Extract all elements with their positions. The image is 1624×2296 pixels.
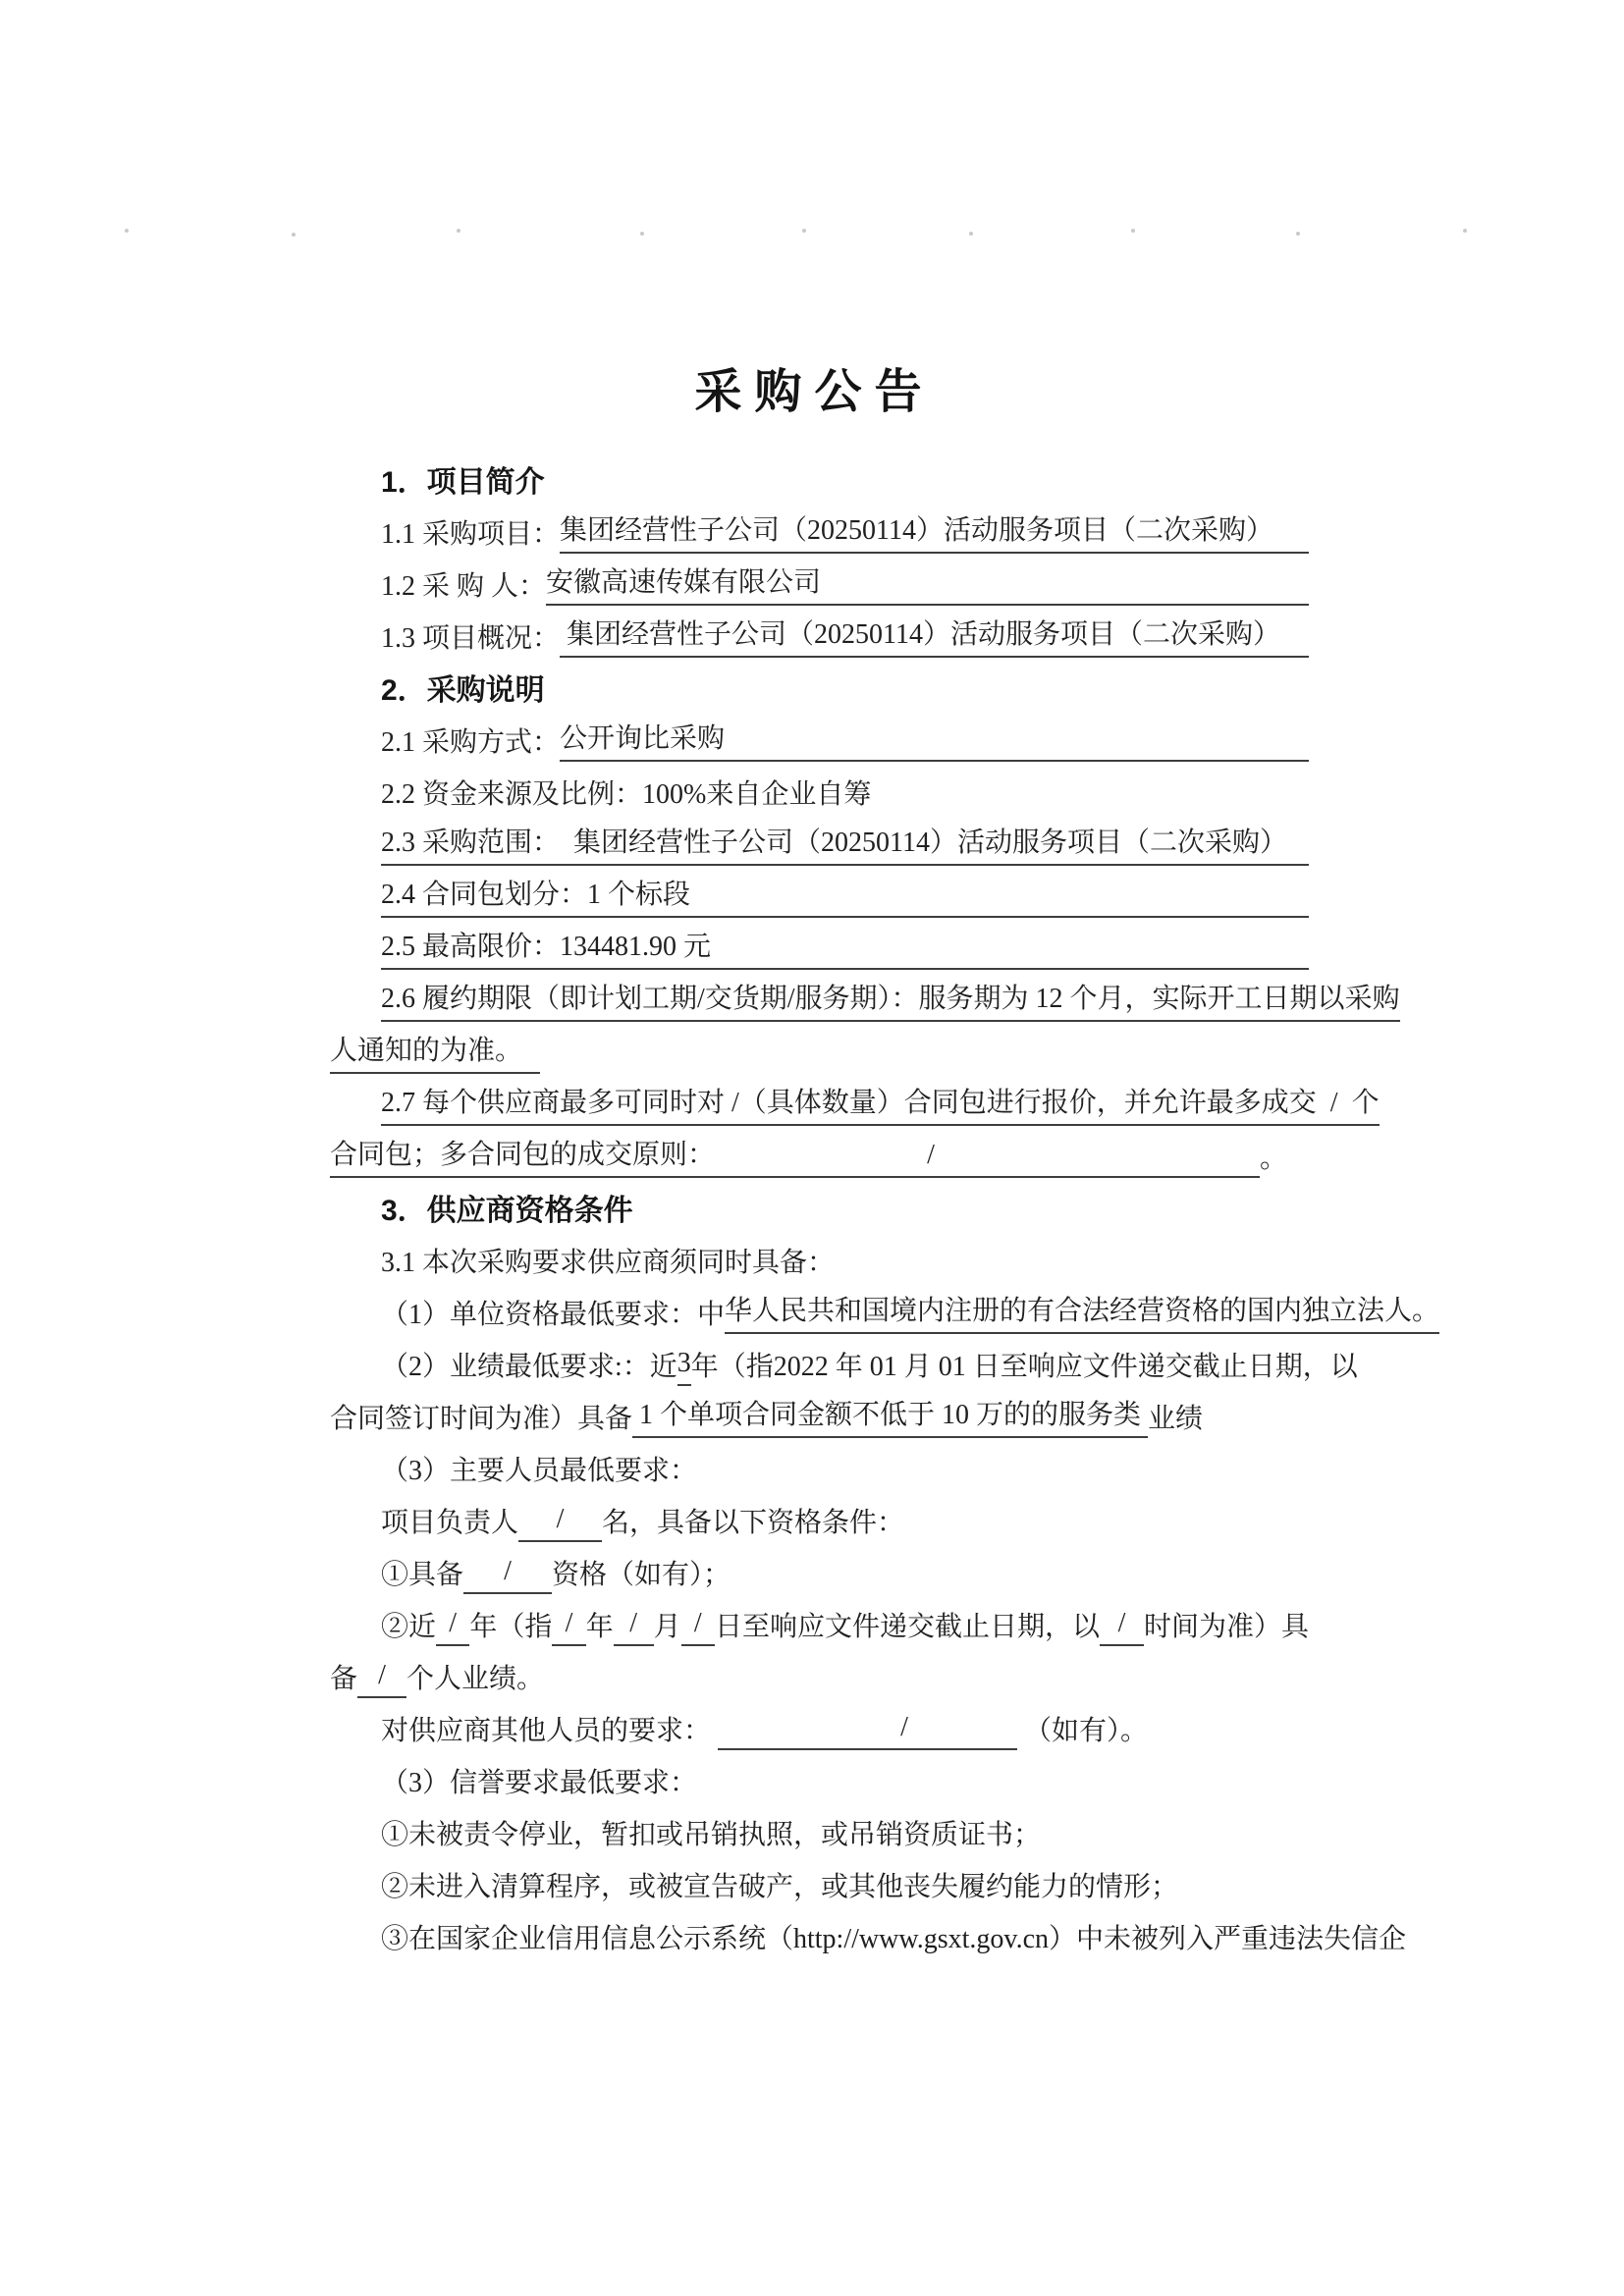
paragraph-line: ②未进入清算程序，或被宣告破产，或其他丧失履约能力的情形； <box>330 1854 1309 1906</box>
paragraph-line: 人通知的为准。 <box>330 1022 1309 1074</box>
text-segment: ③在国家企业信用信息公示系统（http://www.gsxt.gov.cn）中未… <box>381 1921 1406 1958</box>
scan-speck <box>457 229 460 233</box>
text-segment: （如有）。 <box>1017 1713 1148 1750</box>
paragraph-line: 对供应商其他人员的要求： / （如有）。 <box>330 1698 1309 1750</box>
paragraph-line: 2.3 采购范围： 集团经营性子公司（20250114）活动服务项目（二次采购） <box>330 814 1309 866</box>
paragraph-line: （1）单位资格最低要求：中华人民共和国境内注册的有合法经营资格的国内独立法人。 <box>330 1282 1309 1334</box>
text-segment: 。 <box>1260 1141 1287 1178</box>
underlined-text: 2.3 采购范围： 集团经营性子公司（20250114）活动服务项目（二次采购） <box>381 825 1287 866</box>
underlined-text: 合同包；多合同包的成交原则： <box>330 1137 715 1178</box>
text-segment: 业绩 <box>1148 1401 1203 1438</box>
text-segment: 合同签订时间为准）具备 <box>330 1401 632 1438</box>
underline-fill <box>725 758 1309 762</box>
text-segment: ②未进入清算程序，或被宣告破产，或其他丧失履约能力的情形； <box>381 1869 1178 1906</box>
paragraph-line: ③在国家企业信用信息公示系统（http://www.gsxt.gov.cn）中未… <box>330 1906 1309 1958</box>
underlined-text: 集团经营性子公司（20250114）活动服务项目（二次采购） <box>560 616 1280 658</box>
paragraph-line: ①具备/资格（如有）； <box>330 1542 1309 1594</box>
underlined-text: 2.6 履约期限（即计划工期/交货期/服务期）：服务期为 12 个月，实际开工日… <box>381 981 1400 1022</box>
paragraph-line: 2.7 每个供应商最多可同时对 /（具体数量）合同包进行报价，并允许最多成交 /… <box>330 1074 1309 1126</box>
paragraph-line: 合同包；多合同包的成交原则：/。 <box>330 1126 1309 1178</box>
text-segment: 月 <box>654 1609 681 1646</box>
underline-fill <box>1287 862 1309 866</box>
document-body: 采购公告 1．项目简介1.1 采购项目：集团经营性子公司（20250114）活动… <box>330 365 1309 1958</box>
paragraph-line: 2.5 最高限价：134481.90 元 <box>330 918 1309 970</box>
underlined-text: / <box>911 1137 950 1178</box>
underlined-text: / <box>614 1605 654 1646</box>
underlined-text: 1 个单项合同金额不低于 10 万的的服务类 <box>632 1397 1148 1438</box>
text-segment: （2）业绩最低要求:：近 <box>381 1349 677 1386</box>
text-segment: 3．供应商资格条件 <box>381 1193 633 1230</box>
underline-fill <box>690 914 1309 918</box>
underlined-text: 华人民共和国境内注册的有合法经营资格的国内独立法人。 <box>725 1293 1439 1334</box>
text-segment: 2．采购说明 <box>381 672 545 710</box>
text-segment: 2.2 资金来源及比例：100%来自企业自筹 <box>381 776 871 814</box>
scan-speck <box>292 233 296 237</box>
text-segment: ①未被责令停业，暂扣或吊销执照，或吊销资质证书； <box>381 1817 1041 1854</box>
text-segment: 名，具备以下资格条件： <box>602 1505 904 1542</box>
scan-speck <box>969 232 973 236</box>
paragraph-line: ②近/年（指/年/月/日至响应文件递交截止日期，以/时间为准）具 <box>330 1594 1309 1646</box>
paragraph-line: （3）信誉要求最低要求： <box>330 1750 1309 1802</box>
underlined-text: / <box>1100 1605 1144 1646</box>
underlined-text: 2.4 合同包划分：1 个标段 <box>381 877 690 918</box>
paragraph-line: 1.2 采 购 人：安徽高速传媒有限公司 <box>330 554 1309 606</box>
underlined-text: 安徽高速传媒有限公司 <box>546 564 821 606</box>
underlined-text: / <box>463 1553 552 1594</box>
underlined-text: / <box>552 1605 585 1646</box>
scan-speck <box>802 229 806 233</box>
scan-speck <box>640 232 644 236</box>
paragraph-line: 2.4 合同包划分：1 个标段 <box>330 866 1309 918</box>
paragraph-line: 3.1 本次采购要求供应商须同时具备： <box>330 1230 1309 1282</box>
underlined-text: 集团经营性子公司（20250114）活动服务项目（二次采购） <box>560 512 1273 554</box>
section-heading: 2．采购说明 <box>330 658 1309 710</box>
blank-underline <box>522 1070 540 1074</box>
scan-speck <box>1131 229 1135 233</box>
underlined-text: / <box>436 1605 469 1646</box>
paragraph-line: 2.2 资金来源及比例：100%来自企业自筹 <box>330 762 1309 814</box>
paragraph-line: 备/个人业绩。 <box>330 1646 1309 1698</box>
blank-underline <box>950 1174 1260 1178</box>
underlined-text: 3 <box>677 1345 691 1386</box>
underlined-text: 人通知的为准。 <box>330 1033 522 1074</box>
underlined-text: 2.7 每个供应商最多可同时对 /（具体数量）合同包进行报价，并允许最多成交 /… <box>381 1085 1380 1126</box>
blank-underline <box>715 1174 911 1178</box>
text-segment: 2.1 采购方式： <box>381 724 560 762</box>
paragraph-line: ①未被责令停业，暂扣或吊销执照，或吊销资质证书； <box>330 1802 1309 1854</box>
text-segment: 1.3 项目概况： <box>381 620 560 658</box>
paragraph-line: 2.1 采购方式：公开询比采购 <box>330 710 1309 762</box>
text-segment: 1．项目简介 <box>381 464 545 502</box>
text-segment: ②近 <box>381 1609 436 1646</box>
text-segment: 对供应商其他人员的要求： <box>381 1713 718 1750</box>
document-lines: 1．项目简介1.1 采购项目：集团经营性子公司（20250114）活动服务项目（… <box>330 450 1309 1958</box>
text-segment: 资格（如有）； <box>552 1557 731 1594</box>
scan-speck <box>125 229 129 233</box>
paragraph-line: （2）业绩最低要求:：近3年（指2022 年 01 月 01 日至响应文件递交截… <box>330 1334 1309 1386</box>
blank-underline <box>718 1746 885 1750</box>
section-heading: 3．供应商资格条件 <box>330 1178 1309 1230</box>
paragraph-line: 2.6 履约期限（即计划工期/交货期/服务期）：服务期为 12 个月，实际开工日… <box>330 970 1309 1022</box>
text-segment: 项目负责人 <box>381 1505 518 1542</box>
paragraph-line: 1.1 采购项目：集团经营性子公司（20250114）活动服务项目（二次采购） <box>330 502 1309 554</box>
text-segment: 时间为准）具 <box>1144 1609 1309 1646</box>
underlined-text: / <box>518 1501 602 1542</box>
text-segment: 3.1 本次采购要求供应商须同时具备： <box>381 1245 835 1282</box>
underlined-text: / <box>357 1657 406 1698</box>
text-segment: （3）主要人员最低要求： <box>381 1453 697 1490</box>
underline-fill <box>821 602 1309 606</box>
paragraph-line: 1.3 项目概况： 集团经营性子公司（20250114）活动服务项目（二次采购） <box>330 606 1309 658</box>
blank-underline <box>924 1746 1017 1750</box>
underlined-text: / <box>885 1709 924 1750</box>
underlined-text: 2.5 最高限价：134481.90 元 <box>381 929 711 970</box>
text-segment: 年（指2022 年 01 月 01 日至响应文件递交截止日期，以 <box>691 1349 1358 1386</box>
paragraph-line: （3）主要人员最低要求： <box>330 1438 1309 1490</box>
section-heading: 1．项目简介 <box>330 450 1309 502</box>
paragraph-line: 项目负责人/名，具备以下资格条件： <box>330 1490 1309 1542</box>
scanned-document-page: 采购公告 1．项目简介1.1 采购项目：集团经营性子公司（20250114）活动… <box>0 0 1624 2296</box>
text-segment: 1.1 采购项目： <box>381 516 560 554</box>
text-segment: 1.2 采 购 人： <box>381 568 546 606</box>
underline-fill <box>1273 550 1309 554</box>
text-segment: （1）单位资格最低要求：中 <box>381 1297 725 1334</box>
text-segment: 日至响应文件递交截止日期，以 <box>715 1609 1100 1646</box>
underlined-text: / <box>681 1605 715 1646</box>
underline-fill <box>1280 654 1309 658</box>
text-segment: 年（指 <box>469 1609 552 1646</box>
underlined-text: 公开询比采购 <box>560 721 725 762</box>
scan-speck <box>1463 229 1467 233</box>
text-segment: 年 <box>586 1609 614 1646</box>
text-segment: ①具备 <box>381 1557 463 1594</box>
text-segment: 备 <box>330 1661 357 1698</box>
paragraph-line: 合同签订时间为准）具备 1 个单项合同金额不低于 10 万的的服务类 业绩 <box>330 1386 1309 1438</box>
text-segment: （3）信誉要求最低要求： <box>381 1765 697 1802</box>
scan-speck <box>1296 232 1300 236</box>
document-title: 采购公告 <box>320 365 1309 420</box>
underline-fill <box>711 966 1309 970</box>
text-segment: 个人业绩。 <box>406 1661 544 1698</box>
